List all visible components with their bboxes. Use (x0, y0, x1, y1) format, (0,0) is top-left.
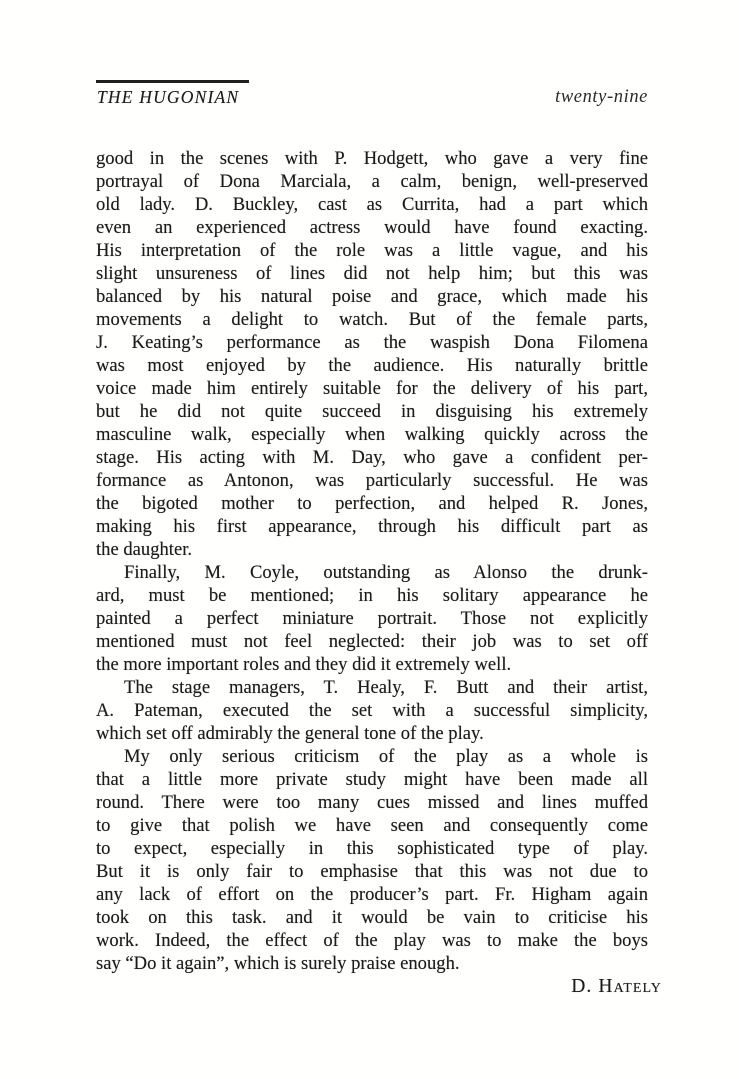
text-line: But it is only fair to emphasise that th… (96, 860, 648, 883)
text-line: was most enjoyed by the audience. His na… (96, 354, 648, 377)
text-line: portrayal of Dona Marciala, a calm, beni… (96, 170, 648, 193)
text-line: the daughter. (96, 538, 648, 561)
text-line: to give that polish we have seen and con… (96, 814, 648, 837)
page-header: THE HUGONIAN twenty-nine (96, 80, 648, 108)
journal-title: THE HUGONIAN (96, 80, 249, 108)
text-line: His interpretation of the role was a lit… (96, 239, 648, 262)
article-body: good in the scenes with P. Hodgett, who … (96, 147, 648, 998)
text-line: which set off admirably the general tone… (96, 722, 648, 745)
paragraph: My only serious criticism of the play as… (96, 745, 648, 975)
paragraph: Finally, M. Coyle, outstanding as Alonso… (96, 561, 648, 676)
paragraph: The stage managers, T. Healy, F. Butt an… (96, 676, 648, 745)
text-line: to expect, especially in this sophistica… (96, 837, 648, 860)
text-line: voice made him entirely suitable for the… (96, 377, 648, 400)
page-number: twenty-nine (555, 87, 648, 108)
text-line: the bigoted mother to perfection, and he… (96, 492, 648, 515)
text-line: slight unsureness of lines did not help … (96, 262, 648, 285)
text-line: balanced by his natural poise and grace,… (96, 285, 648, 308)
author-signature: D. Hately (96, 975, 662, 998)
text-line: painted a perfect miniature portrait. Th… (96, 607, 648, 630)
text-line: but he did not quite succeed in disguisi… (96, 400, 648, 423)
text-line: ard, must be mentioned; in his solitary … (96, 584, 648, 607)
text-line: mentioned must not feel neglected: their… (96, 630, 648, 653)
text-line: even an experienced actress would have f… (96, 216, 648, 239)
text-line: the more important roles and they did it… (96, 653, 648, 676)
text-line: movements a delight to watch. But of the… (96, 308, 648, 331)
text-line: took on this task. and it would be vain … (96, 906, 648, 929)
text-line: My only serious criticism of the play as… (96, 745, 648, 768)
text-line: round. There were too many cues missed a… (96, 791, 648, 814)
text-line: formance as Antonon, was particularly su… (96, 469, 648, 492)
text-line: good in the scenes with P. Hodgett, who … (96, 147, 648, 170)
text-line: making his first appearance, through his… (96, 515, 648, 538)
text-line: that a little more private study might h… (96, 768, 648, 791)
magazine-page: THE HUGONIAN twenty-nine good in the sce… (0, 0, 739, 1079)
text-line: any lack of effort on the producer’s par… (96, 883, 648, 906)
text-line: stage. His acting with M. Day, who gave … (96, 446, 648, 469)
text-line: The stage managers, T. Healy, F. Butt an… (96, 676, 648, 699)
text-line: Finally, M. Coyle, outstanding as Alonso… (96, 561, 648, 584)
text-line: A. Pateman, executed the set with a succ… (96, 699, 648, 722)
text-line: masculine walk, especially when walking … (96, 423, 648, 446)
paragraph-container: good in the scenes with P. Hodgett, who … (96, 147, 648, 975)
paragraph: good in the scenes with P. Hodgett, who … (96, 147, 648, 561)
text-line: say “Do it again”, which is surely prais… (96, 952, 648, 975)
text-line: work. Indeed, the effect of the play was… (96, 929, 648, 952)
text-line: old lady. D. Buckley, cast as Currita, h… (96, 193, 648, 216)
text-line: J. Keating’s performance as the waspish … (96, 331, 648, 354)
